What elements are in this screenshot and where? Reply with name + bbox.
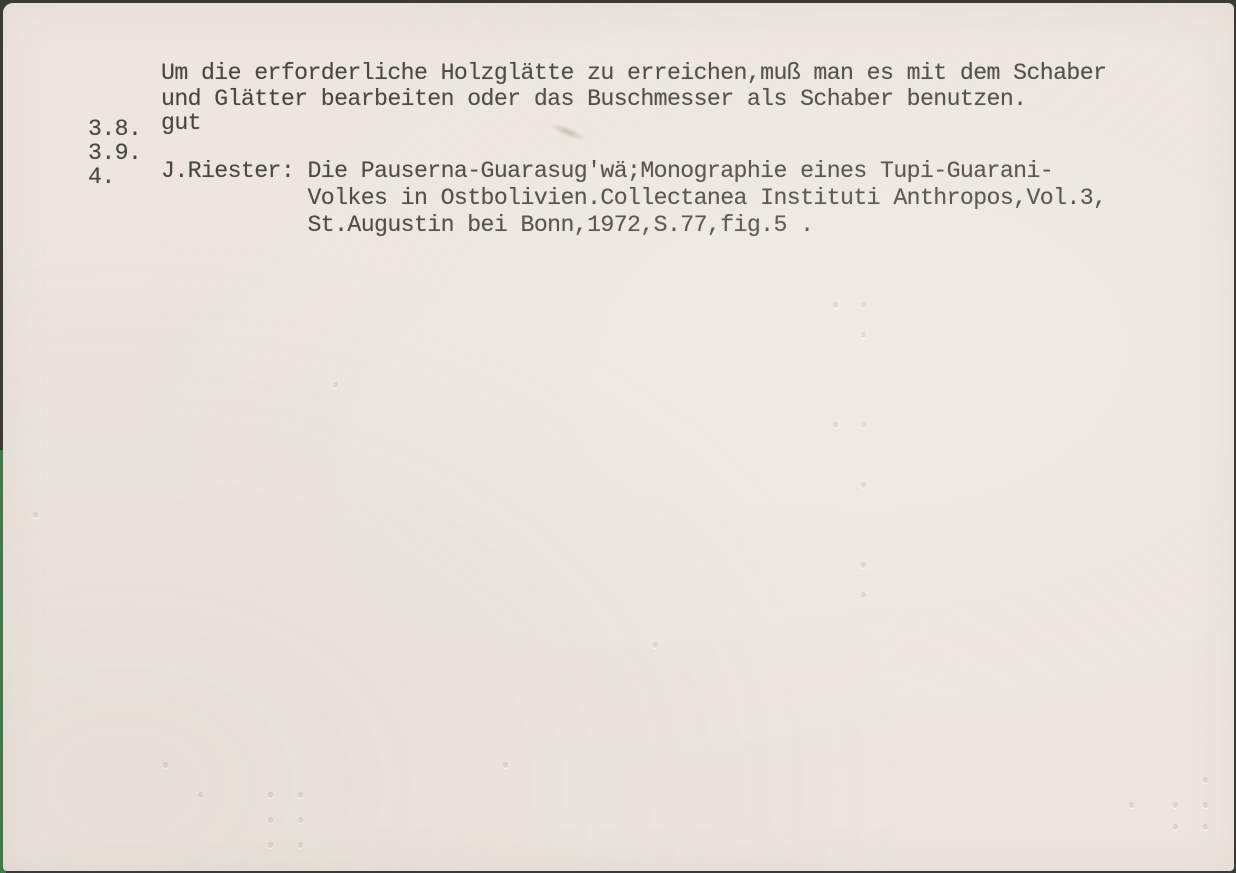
embossed-dot — [298, 793, 303, 798]
line-number: 3.8. — [88, 117, 141, 141]
embossed-dot — [1173, 803, 1178, 808]
embossed-dot — [268, 793, 273, 798]
embossed-dot — [268, 843, 273, 848]
reference-line: St.Augustin bei Bonn,1972,S.77,fig.5 . — [161, 213, 813, 237]
embossed-dot — [861, 333, 866, 338]
embossed-dot — [833, 423, 838, 428]
line-number: 3.9. — [88, 141, 141, 165]
embossed-dot — [653, 643, 658, 648]
stain-mark — [548, 120, 589, 144]
embossed-dot — [503, 763, 508, 768]
embossed-dot — [298, 843, 303, 848]
embossed-dot — [861, 563, 866, 568]
index-card: 3.8. 3.9. 4. Um die erforderliche Holzgl… — [3, 3, 1234, 871]
embossed-dot — [861, 303, 866, 308]
embossed-dot — [298, 818, 303, 823]
embossed-dot — [861, 593, 866, 598]
line-number: 4. — [88, 165, 115, 189]
text-line: Um die erforderliche Holzglätte zu errei… — [161, 61, 1106, 85]
embossed-dot — [333, 383, 338, 388]
reference-line: J.Riester: Die Pauserna-Guarasug'wä;Mono… — [161, 159, 1053, 183]
embossed-dot — [198, 793, 203, 798]
embossed-dot — [861, 423, 866, 428]
embossed-dot — [833, 303, 838, 308]
embossed-dot — [33, 513, 38, 518]
text-line: und Glätter bearbeiten oder das Buschmes… — [161, 87, 1026, 111]
embossed-dot — [861, 483, 866, 488]
embossed-dot — [268, 818, 273, 823]
reference-line: Volkes in Ostbolivien.Collectanea Instit… — [161, 186, 1106, 210]
embossed-dot — [1129, 803, 1134, 808]
embossed-dot — [1203, 778, 1208, 783]
embossed-dot — [1173, 825, 1178, 830]
embossed-dot — [163, 763, 168, 768]
embossed-dot — [1203, 803, 1208, 808]
embossed-dot — [1203, 825, 1208, 830]
text-line: gut — [161, 111, 201, 135]
